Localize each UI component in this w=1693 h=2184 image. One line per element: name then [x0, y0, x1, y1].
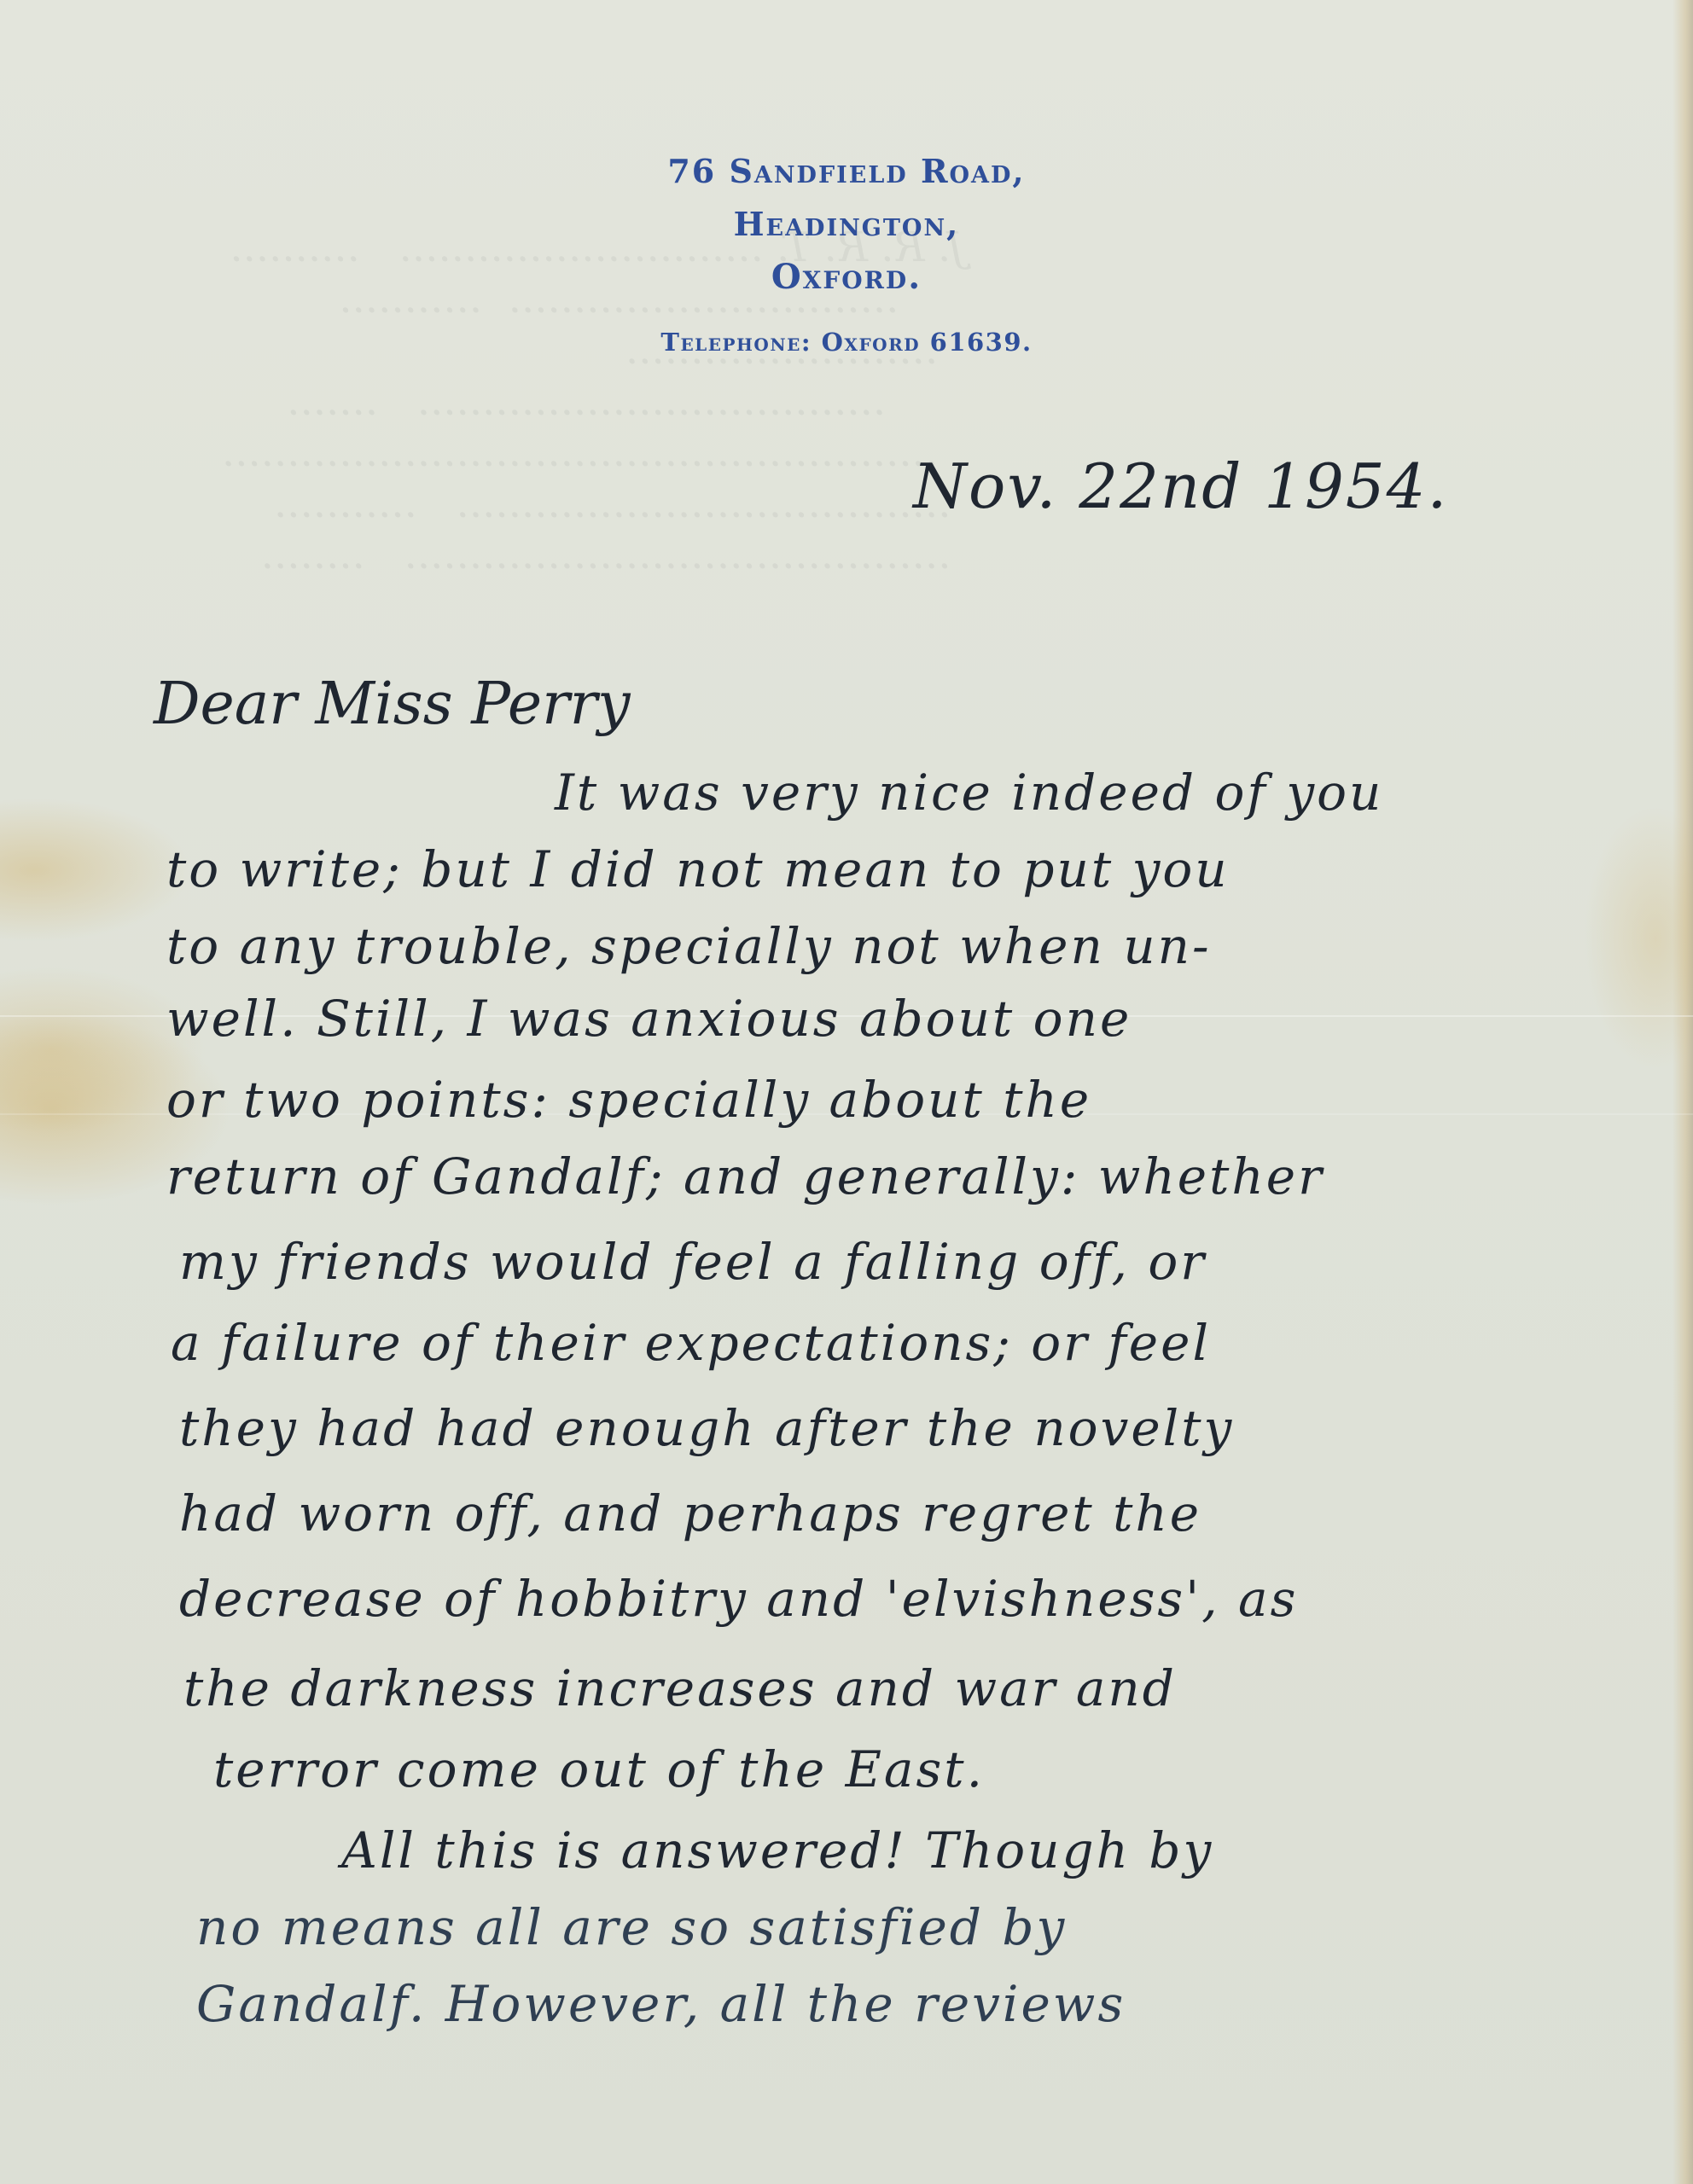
letterhead: 76 Sandfield Road, Headington, Oxford. T… — [0, 145, 1693, 357]
letter-line: decrease of hobbitry and 'elvishness', a… — [179, 1570, 1298, 1628]
letter-line: Gandalf. However, all the reviews — [196, 1975, 1126, 2033]
letter-line: to write; but I did not mean to put you — [166, 840, 1230, 898]
letter-line: had worn off, and perhaps regret the — [179, 1484, 1201, 1542]
letter-page: J. R. R. T. ............................… — [0, 0, 1693, 2184]
letter-line: well. Still, I was anxious about one — [166, 990, 1132, 1048]
letter-line: or two points: specially about the — [166, 1071, 1091, 1129]
letter-line: terror come out of the East. — [213, 1740, 985, 1798]
letterhead-telephone: Telephone: Oxford 61639. — [0, 328, 1693, 357]
letter-line: the darkness increases and war and — [183, 1659, 1177, 1717]
letterhead-address-line-2: Headington, — [0, 198, 1693, 251]
letter-date: Nov. 22nd 1954. — [913, 450, 1448, 522]
letter-line: my friends would feel a falling off, or — [179, 1233, 1207, 1291]
letter-line: to any trouble, specially not when un- — [166, 917, 1212, 975]
letter-line: they had had enough after the novelty — [179, 1399, 1234, 1457]
letter-line: It was very nice indeed of you — [555, 764, 1383, 822]
letter-line: All this is answered! Though by — [341, 1821, 1213, 1879]
letterhead-address-line-1: 76 Sandfield Road, — [0, 145, 1693, 198]
letterhead-address-line-3: Oxford. — [0, 251, 1693, 304]
letter-line: a failure of their expectations; or feel — [171, 1314, 1211, 1372]
letter-line: no means all are so satisfied by — [196, 1898, 1067, 1956]
letter-line: return of Gandalf; and generally: whethe… — [166, 1147, 1324, 1205]
letter-salutation: Dear Miss Perry — [154, 671, 631, 738]
